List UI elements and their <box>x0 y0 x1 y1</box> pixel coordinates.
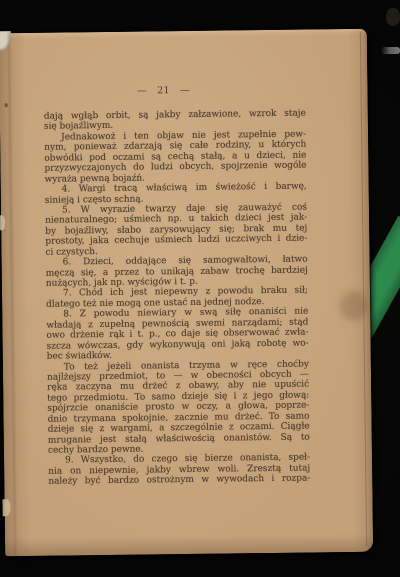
page-fore-edge-line <box>360 32 367 546</box>
background-object <box>386 8 400 26</box>
page-body-text: dają wgłąb orbit, są jakby załzawione, w… <box>44 109 311 488</box>
torn-paper-chip-middle <box>0 215 5 230</box>
book-page: —21— dają wgłąb orbit, są jakby załzawio… <box>0 29 373 556</box>
page-gutter-crease <box>8 33 16 556</box>
torn-paper-chip-bottom <box>3 499 11 516</box>
paper-stain <box>340 291 368 321</box>
header-dash-left: — <box>137 85 147 96</box>
page-number-header: —21— <box>32 83 294 99</box>
photo-backdrop: —21— dają wgłąb orbit, są jakby załzawio… <box>0 0 400 577</box>
text-line: należy być bardzo ostrożnym w wywodach i… <box>48 474 310 488</box>
header-dash-right: — <box>180 85 190 96</box>
page-number: 21 <box>157 85 170 96</box>
background-highlight-streak <box>381 47 400 54</box>
paper-speck <box>5 103 8 107</box>
